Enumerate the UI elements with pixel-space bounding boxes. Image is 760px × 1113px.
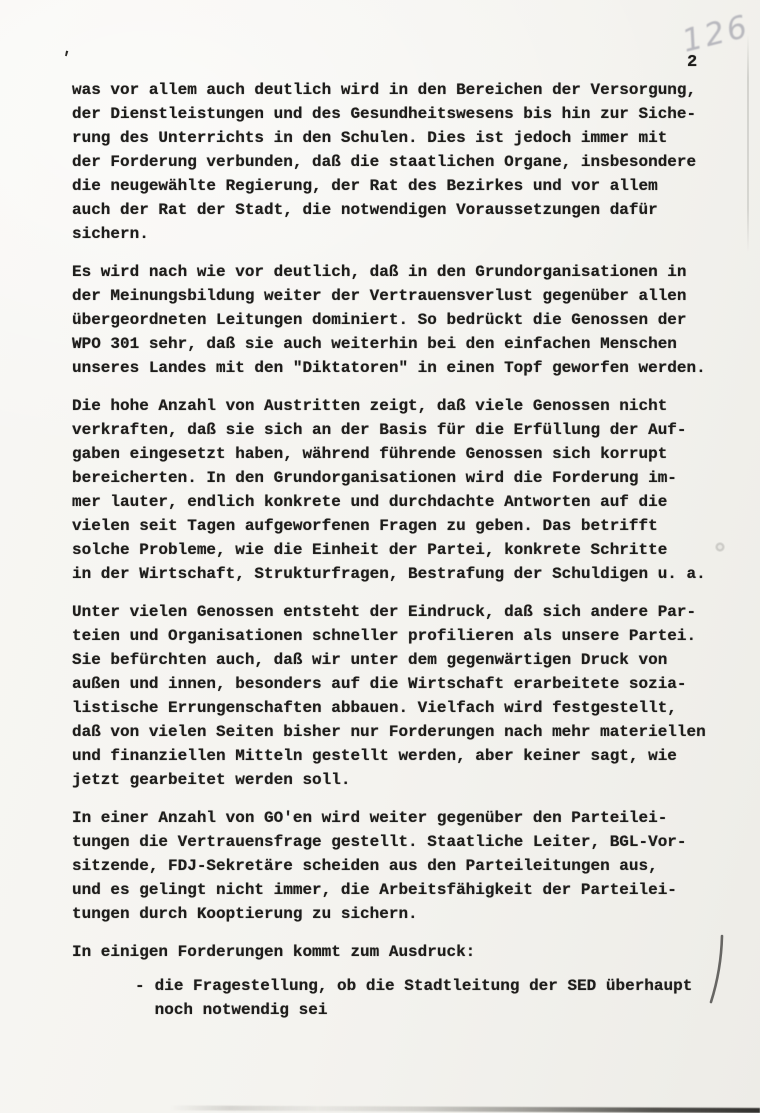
paragraph-2: Es wird nach wie vor deutlich, daß in de… <box>72 260 752 380</box>
document-body: was vor allem auch deutlich wird in den … <box>72 78 752 1022</box>
stray-ink-mark: ' <box>58 49 72 70</box>
page-number: 2 <box>687 52 697 74</box>
scanned-document-page: 126 2 ' was vor allem auch deutlich wird… <box>0 0 760 1113</box>
list-item: - die Fragestellung, ob die Stadtleitung… <box>135 974 752 1022</box>
paragraph-5: In einer Anzahl von GO'en wird weiter ge… <box>72 806 752 926</box>
margin-pen-stroke-annotation <box>700 928 732 1012</box>
scan-artifact-line <box>747 34 749 252</box>
bullet-marker: - <box>135 974 145 1022</box>
scan-bottom-edge-smudge <box>170 1101 760 1113</box>
bullet-text: die Fragestellung, ob die Stadtleitung d… <box>155 974 693 1022</box>
paragraph-3: Die hohe Anzahl von Austritten zeigt, da… <box>72 394 752 586</box>
list-intro: In einigen Forderungen kommt zum Ausdruc… <box>72 940 752 964</box>
paragraph-4: Unter vielen Genossen entsteht der Eindr… <box>72 600 752 792</box>
scan-artifact-dot <box>715 542 725 552</box>
paragraph-1: was vor allem auch deutlich wird in den … <box>72 78 752 246</box>
